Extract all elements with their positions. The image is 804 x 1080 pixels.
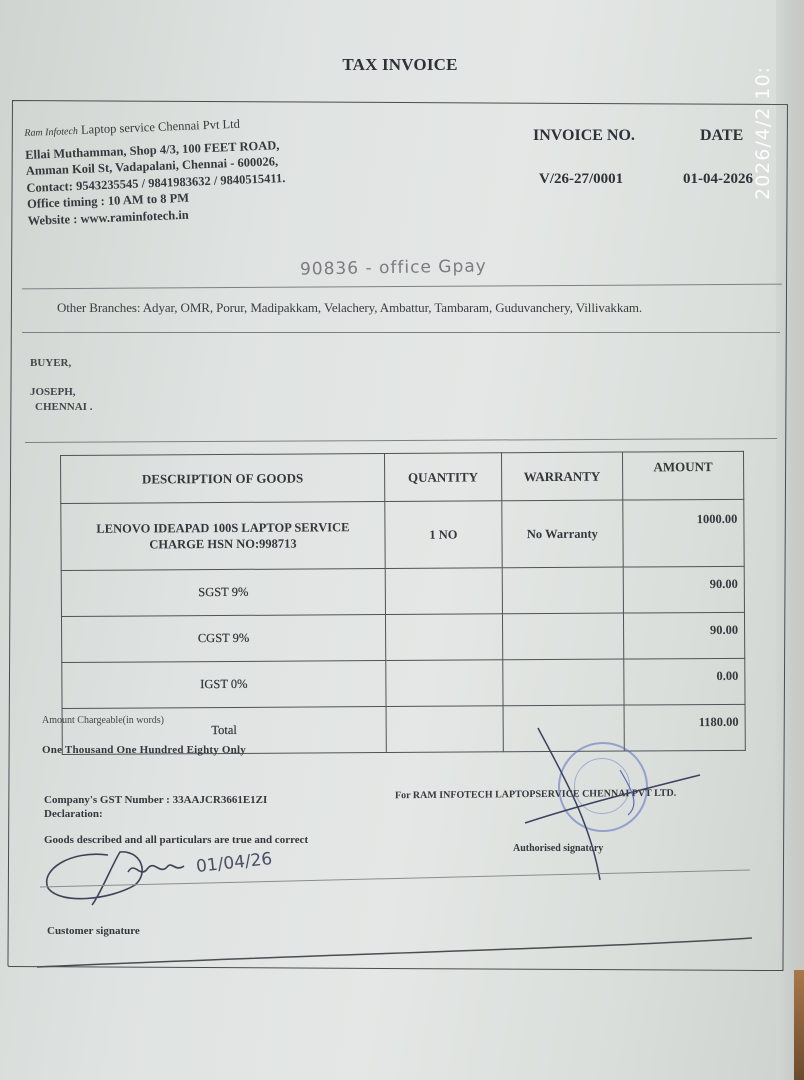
declaration-label: Declaration: xyxy=(44,807,267,821)
cgst-amount: 90.00 xyxy=(623,612,744,659)
empty-cell xyxy=(502,567,623,614)
empty-cell xyxy=(386,660,503,707)
table-row: IGST 0% 0.00 xyxy=(62,658,745,708)
items-table: DESCRIPTION OF GOODS QUANTITY WARRANTY A… xyxy=(60,451,746,755)
seller-name-prefix: Ram Infotech xyxy=(24,126,78,139)
buyer-city: CHENNAI . xyxy=(30,400,92,415)
empty-cell xyxy=(385,614,502,661)
header-quantity: QUANTITY xyxy=(384,453,501,502)
total-amount: 1180.00 xyxy=(624,704,745,751)
table-edge xyxy=(794,970,804,1080)
header-warranty: WARRANTY xyxy=(501,452,622,501)
divider-line xyxy=(22,332,780,333)
sgst-label: SGST 9% xyxy=(61,569,385,617)
amount-in-words: One Thousand One Hundred Eighty Only xyxy=(42,744,246,756)
camera-timestamp-watermark: 2026/4/2 10: xyxy=(752,66,774,200)
amount-in-words-label: Amount Chargeable(in words) xyxy=(42,715,164,726)
buyer-label: BUYER, xyxy=(30,356,92,371)
customer-signature-label: Customer signature xyxy=(47,925,140,937)
cgst-label: CGST 9% xyxy=(61,615,385,663)
invoice-date-label: DATE xyxy=(700,127,743,145)
table-row: LENOVO IDEAPAD 100S LAPTOP SERVICE CHARG… xyxy=(61,499,744,570)
empty-cell xyxy=(503,659,624,706)
table-row: SGST 9% 90.00 xyxy=(61,566,744,616)
invoice-date-value: 01-04-2026 xyxy=(683,171,753,188)
header-amount: AMOUNT xyxy=(622,451,743,500)
buyer-block: BUYER, JOSEPH, CHENNAI . xyxy=(30,356,92,415)
item-description: LENOVO IDEAPAD 100S LAPTOP SERVICE CHARG… xyxy=(61,502,385,571)
empty-cell xyxy=(386,706,503,753)
seller-block: Ram Infotech Laptop service Chennai Pvt … xyxy=(24,114,287,229)
invoice-number-value: V/26-27/0001 xyxy=(539,171,623,188)
header-description: DESCRIPTION OF GOODS xyxy=(61,454,385,504)
empty-cell xyxy=(385,568,502,615)
authorised-signatory-label: Authorised signatory xyxy=(513,843,603,854)
item-description-line2: CHARGE HSN NO:998713 xyxy=(68,535,379,553)
document-title: TAX INVOICE xyxy=(0,55,800,75)
other-branches: Other Branches: Adyar, OMR, Porur, Madip… xyxy=(57,300,642,316)
item-description-line1: LENOVO IDEAPAD 100S LAPTOP SERVICE xyxy=(67,519,378,537)
igst-amount: 0.00 xyxy=(624,658,745,705)
item-amount: 1000.00 xyxy=(623,499,745,567)
invoice-photo: TAX INVOICE Ram Infotech Laptop service … xyxy=(0,0,804,1080)
invoice-number-label: INVOICE NO. xyxy=(533,127,635,145)
handwritten-payment-note: 90836 - office Gpay xyxy=(300,256,487,279)
buyer-name: JOSEPH, xyxy=(30,385,92,400)
table-row: CGST 9% 90.00 xyxy=(61,612,744,662)
sgst-amount: 90.00 xyxy=(623,566,744,613)
company-gst-number: Company's GST Number : 33AAJCR3661E1ZI xyxy=(44,793,267,807)
igst-label: IGST 0% xyxy=(62,661,386,709)
empty-cell xyxy=(502,613,623,660)
gst-block: Company's GST Number : 33AAJCR3661E1ZI D… xyxy=(44,793,267,821)
table-header-row: DESCRIPTION OF GOODS QUANTITY WARRANTY A… xyxy=(61,451,744,503)
item-quantity: 1 NO xyxy=(385,501,502,569)
declaration-text: Goods described and all particulars are … xyxy=(44,834,308,846)
item-warranty: No Warranty xyxy=(502,500,623,568)
company-seal-stamp xyxy=(558,742,648,832)
